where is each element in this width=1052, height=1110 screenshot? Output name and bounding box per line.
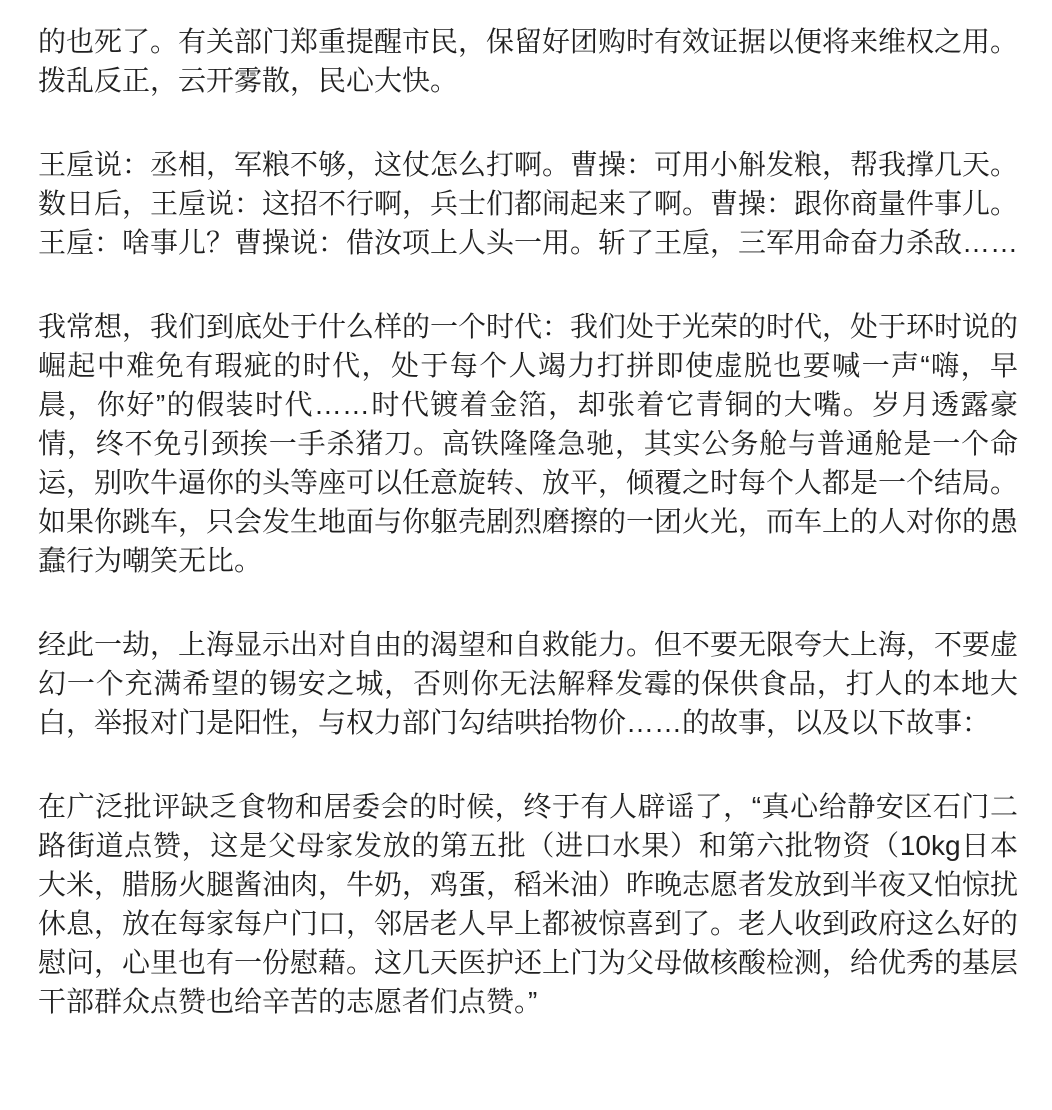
paragraph-1: 的也死了。有关部门郑重提醒市民，保留好团购时有效证据以便将来维权之用。拨乱反正，… — [38, 22, 1018, 100]
article-body: 的也死了。有关部门郑重提醒市民，保留好团购时有效证据以便将来维权之用。拨乱反正，… — [0, 0, 1052, 1021]
paragraph-5: 在广泛批评缺乏食物和居委会的时候，终于有人辟谣了，“真心给静安区石门二路街道点赞… — [38, 787, 1018, 1021]
paragraph-2: 王垕说：丞相，军粮不够，这仗怎么打啊。曹操：可用小斛发粮，帮我撑几天。数日后，王… — [38, 145, 1018, 262]
paragraph-4: 经此一劫，上海显示出对自由的渴望和自救能力。但不要无限夸大上海，不要虚幻一个充满… — [38, 625, 1018, 742]
paragraph-3: 我常想，我们到底处于什么样的一个时代：我们处于光荣的时代，处于环时说的崛起中难免… — [38, 307, 1018, 580]
